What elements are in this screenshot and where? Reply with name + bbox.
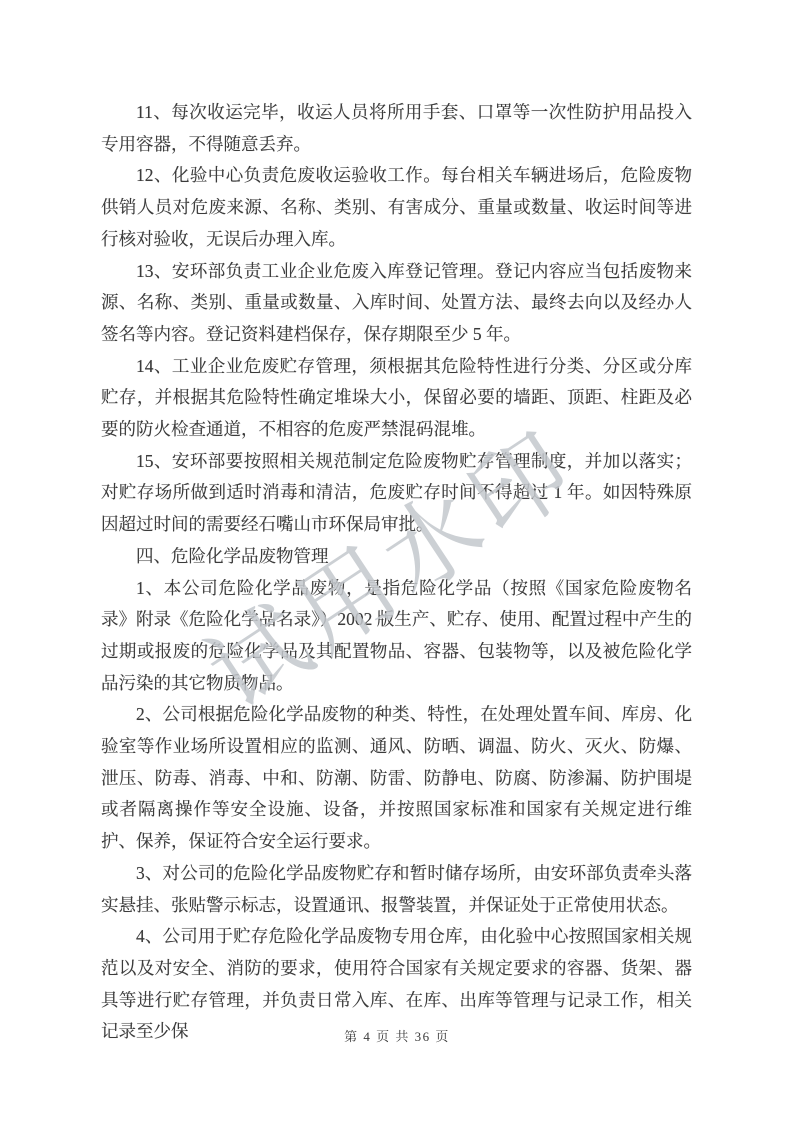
paragraph: 2、公司根据危险化学品废物的种类、特性，在处理处置车间、库房、化验室等作业场所设… [101, 699, 692, 858]
page-number: 第 4 页 共 36 页 [344, 1029, 450, 1044]
paragraph: 13、安环部负责工业企业危废入库登记管理。登记内容应当包括废物来源、名称、类别、… [101, 256, 692, 351]
document-page: 11、每次收运完毕，收运人员将所用手套、口罩等一次性防护用品投入专用容器，不得随… [0, 0, 794, 1123]
page-footer: 第 4 页 共 36 页 [0, 1026, 794, 1045]
paragraph: 12、化验中心负责危废收运验收工作。每台相关车辆进场后，危险废物供销人员对危废来… [101, 160, 692, 255]
document-body: 11、每次收运完毕，收运人员将所用手套、口罩等一次性防护用品投入专用容器，不得随… [101, 97, 692, 1048]
paragraph: 1、本公司危险化学品废物，是指危险化学品（按照《国家危险废物名录》附录《危险化学… [101, 573, 692, 700]
paragraph: 11、每次收运完毕，收运人员将所用手套、口罩等一次性防护用品投入专用容器，不得随… [101, 97, 692, 160]
paragraph: 3、对公司的危险化学品废物贮存和暂时储存场所，由安环部负责牵头落实悬挂、张贴警示… [101, 858, 692, 921]
section-heading: 四、危险化学品废物管理 [101, 541, 692, 573]
paragraph: 14、工业企业危废贮存管理，须根据其危险特性进行分类、分区或分库贮存，并根据其危… [101, 351, 692, 446]
paragraph: 15、安环部要按照相关规范制定危险废物贮存管理制度，并加以落实；对贮存场所做到适… [101, 446, 692, 541]
